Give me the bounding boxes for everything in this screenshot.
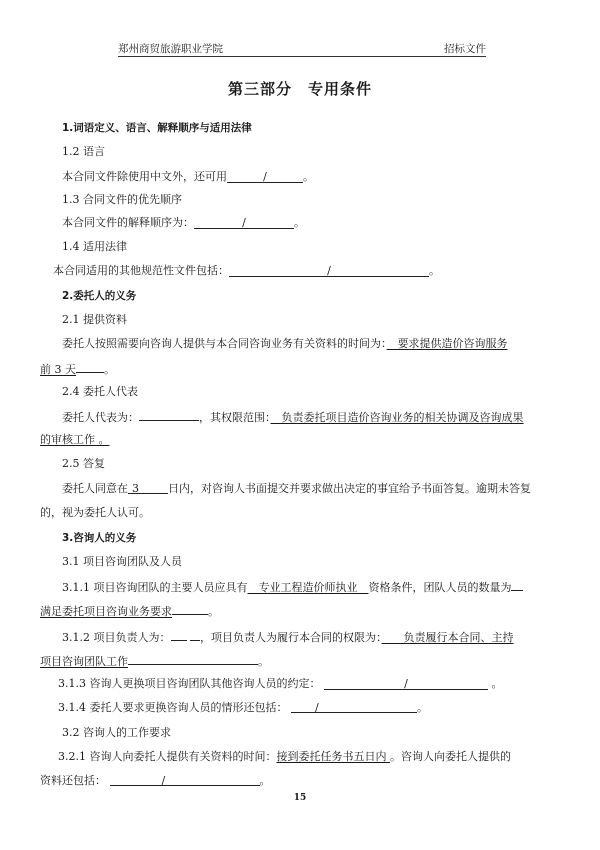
section-3-2-1-text-cont: 资料还包括： /。 — [40, 774, 271, 788]
section-1-2-heading: 1.2 语言 — [62, 145, 105, 159]
section-2-heading: 2.委托人的义务 — [62, 289, 136, 303]
team-size-value: 满足委托项目咨询业务要求 — [40, 605, 172, 618]
section-1-4-heading: 1.4 适用法律 — [62, 240, 127, 254]
section-1-2-text: 本合同文件除使用中文外，还可用/。 — [62, 170, 314, 184]
section-1-3-text: 本合同文件的解释顺序为：/。 — [62, 216, 305, 230]
additional-materials-field[interactable]: / — [110, 775, 260, 786]
section-2-1-heading: 2.1 提供资料 — [62, 313, 127, 327]
header-doc-type: 招标文件 — [444, 42, 486, 56]
section-3-1-heading: 3.1 项目咨询团队及人员 — [62, 555, 182, 569]
qualification-value: 专业工程造价师执业 — [247, 581, 368, 594]
section-2-5-heading: 2.5 答复 — [62, 457, 105, 471]
section-3-1-2-text-cont: 项目咨询团队工作。 — [40, 653, 269, 669]
language-field[interactable]: / — [227, 171, 303, 183]
lead-authority-value: 负责履行本合同、主持 — [382, 631, 514, 644]
section-2-1-text-cont: 前 3 天。 — [40, 361, 115, 377]
section-3-1-1-text: 3.1.1 项目咨询团队的主要人员应具有 专业工程造价师执业 资格条件，团队人员… — [62, 579, 523, 595]
section-1-heading: 1.词语定义、语言、解释顺序与适用法律 — [62, 121, 252, 135]
section-1-3-heading: 1.3 合同文件的优先顺序 — [62, 193, 182, 207]
section-3-1-2-text: 3.1.2 项目负责人为： ，项目负责人为履行本合同的权限为： 负责履行本合同、… — [62, 629, 514, 645]
page-title: 第三部分 专用条件 — [0, 78, 600, 99]
materials-time-value: 要求提供造价咨询服务 — [387, 337, 508, 350]
page-number: 15 — [0, 793, 600, 803]
replace-staff-cases-field[interactable]: / — [291, 702, 417, 713]
replace-staff-agreement-field[interactable]: / — [324, 678, 488, 690]
section-3-heading: 3.咨询人的义务 — [62, 531, 136, 545]
section-2-4-text-cont: 的审核工作 。 — [40, 433, 110, 447]
authority-scope-value: 负责委托项目造价咨询业务的相关协调及咨询成果 — [271, 411, 524, 424]
reply-days-field[interactable]: 3 — [128, 483, 168, 494]
section-3-2-heading: 3.2 咨询人的工作要求 — [62, 726, 171, 740]
project-lead-field[interactable] — [171, 629, 187, 641]
section-3-2-1-text: 3.2.1 咨询人向委托人提供有关资料的时间：接到委托任务书五日内 。咨询人向委… — [58, 750, 511, 764]
consultant-materials-time-value: 接到委托任务书五日内 — [276, 750, 386, 763]
section-3-1-1-text-cont: 满足委托项目咨询业务要求。 — [40, 603, 219, 619]
section-2-1-text: 委托人按照需要向咨询人提供与本合同咨询业务有关资料的时间为： 要求提供造价咨询服… — [62, 337, 508, 351]
section-1-4-text: 本合同适用的其他规范性文件包括：/。 — [53, 264, 440, 278]
section-2-4-heading: 2.4 委托人代表 — [62, 385, 138, 399]
section-2-5-text: 委托人同意在3日内，对咨询人书面提交并要求做出决定的事宜给予书面答复。逾期未答复 — [62, 482, 531, 496]
interpretation-order-field[interactable]: / — [194, 217, 294, 229]
section-3-1-4-text: 3.1.4 委托人要求更换咨询人员的情形还包括： /。 — [58, 701, 428, 715]
section-2-4-text: 委托人代表为：，其权限范围： 负责委托项目造价咨询业务的相关协调及咨询成果 — [62, 409, 524, 425]
section-3-1-3-text: 3.1.3 咨询人更换项目咨询团队其他咨询人员的约定： / 。 — [58, 677, 502, 691]
page-header: 郑州商贸旅游职业学院 招标文件 — [118, 42, 486, 57]
client-rep-field[interactable] — [139, 409, 199, 421]
normative-docs-field[interactable]: / — [229, 265, 429, 277]
section-2-5-text-cont: 的，视为委托人认可。 — [40, 506, 150, 520]
header-institution: 郑州商贸旅游职业学院 — [118, 42, 223, 56]
